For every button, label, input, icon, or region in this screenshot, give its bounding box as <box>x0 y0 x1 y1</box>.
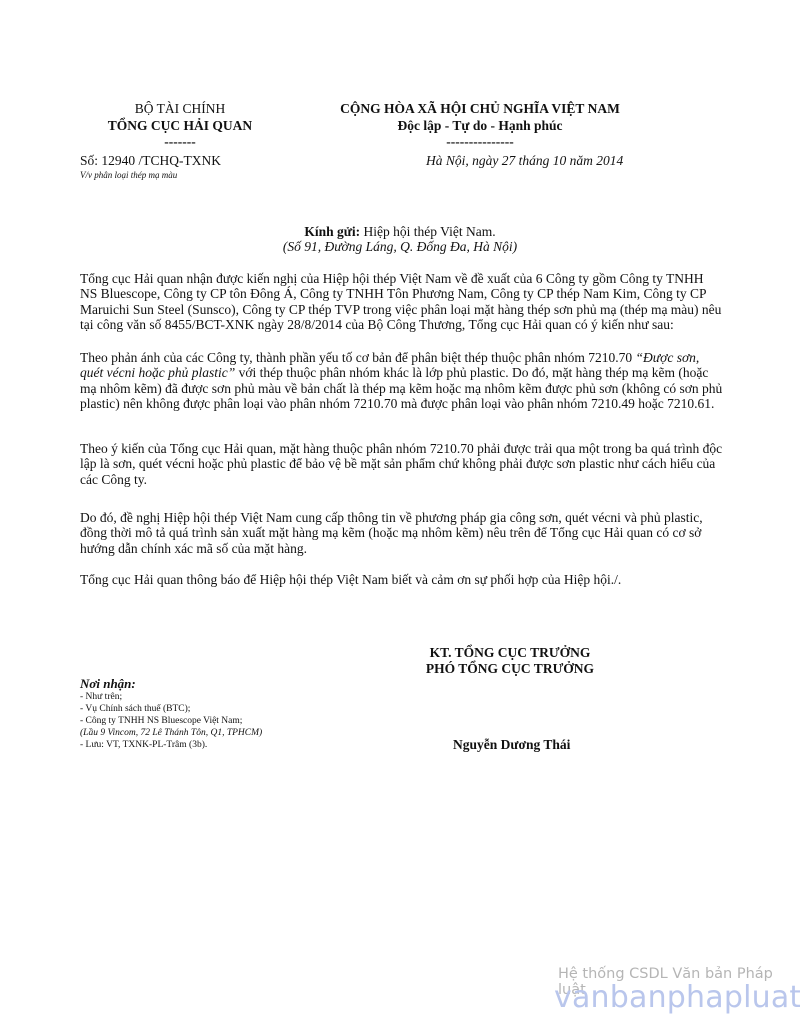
watermark-site: vanbanphapluat.co <box>554 980 800 1015</box>
body-paragraph-3: Theo ý kiến của Tổng cục Hải quan, mặt h… <box>80 441 724 487</box>
recipient-block: Kính gửi: Hiệp hội thép Việt Nam. (Số 91… <box>0 224 800 254</box>
national-motto: Độc lập - Tự do - Hạnh phúc <box>300 117 660 134</box>
recipient-item: - Như trên; <box>80 691 340 703</box>
recipients-list: Nơi nhận: - Như trên; - Vụ Chính sách th… <box>80 676 340 751</box>
document-number: Số: 12940 /TCHQ-TXNK <box>80 153 221 169</box>
recipient-address: (Số 91, Đường Láng, Q. Đống Đa, Hà Nội) <box>0 239 800 254</box>
place-date: Hà Nội, ngày 27 tháng 10 năm 2014 <box>426 153 623 169</box>
body-paragraph-5: Tổng cục Hải quan thông báo để Hiệp hội … <box>80 572 724 587</box>
signer-name: Nguyễn Dương Thái <box>453 737 570 753</box>
signature-line-1: KT. TỔNG CỤC TRƯỞNG <box>380 645 640 661</box>
national-header-block: CỘNG HÒA XÃ HỘI CHỦ NGHĨA VIỆT NAM Độc l… <box>300 100 660 149</box>
body-paragraph-1: Tổng cục Hải quan nhận được kiến nghị củ… <box>80 271 724 332</box>
recipient-item-address: (Lầu 9 Vincom, 72 Lê Thánh Tôn, Q1, TPHC… <box>80 727 340 739</box>
header-divider-left: ------- <box>80 134 280 149</box>
agency-name: TỔNG CỤC HẢI QUAN <box>80 117 280 134</box>
recipient-item: - Vụ Chính sách thuế (BTC); <box>80 703 340 715</box>
recipient-label: Kính gửi: <box>304 224 360 239</box>
issuing-agency-block: BỘ TÀI CHÍNH TỔNG CỤC HẢI QUAN ------- <box>80 100 280 149</box>
header-divider-right: --------------- <box>300 134 660 149</box>
recipient-line: Kính gửi: Hiệp hội thép Việt Nam. <box>0 224 800 239</box>
recipient-name: Hiệp hội thép Việt Nam. <box>360 224 495 239</box>
recipients-title: Nơi nhận: <box>80 676 340 691</box>
nation-name: CỘNG HÒA XÃ HỘI CHỦ NGHĨA VIỆT NAM <box>300 100 660 117</box>
ministry-name: BỘ TÀI CHÍNH <box>80 100 280 117</box>
body-paragraph-2: Theo phản ánh của các Công ty, thành phầ… <box>80 350 724 411</box>
recipient-item: - Công ty TNHH NS Bluescope Việt Nam; <box>80 715 340 727</box>
recipient-item: - Lưu: VT, TXNK-PL-Trâm (3b). <box>80 739 340 751</box>
body-paragraph-4: Do đó, đề nghị Hiệp hội thép Việt Nam cu… <box>80 510 724 556</box>
signature-line-2: PHÓ TỔNG CỤC TRƯỞNG <box>380 661 640 677</box>
document-subject: V/v phân loại thép mạ màu <box>80 170 177 180</box>
p2-text-before: Theo phản ánh của các Công ty, thành phầ… <box>80 350 636 365</box>
signature-title-block: KT. TỔNG CỤC TRƯỞNG PHÓ TỔNG CỤC TRƯỞNG <box>380 645 640 677</box>
